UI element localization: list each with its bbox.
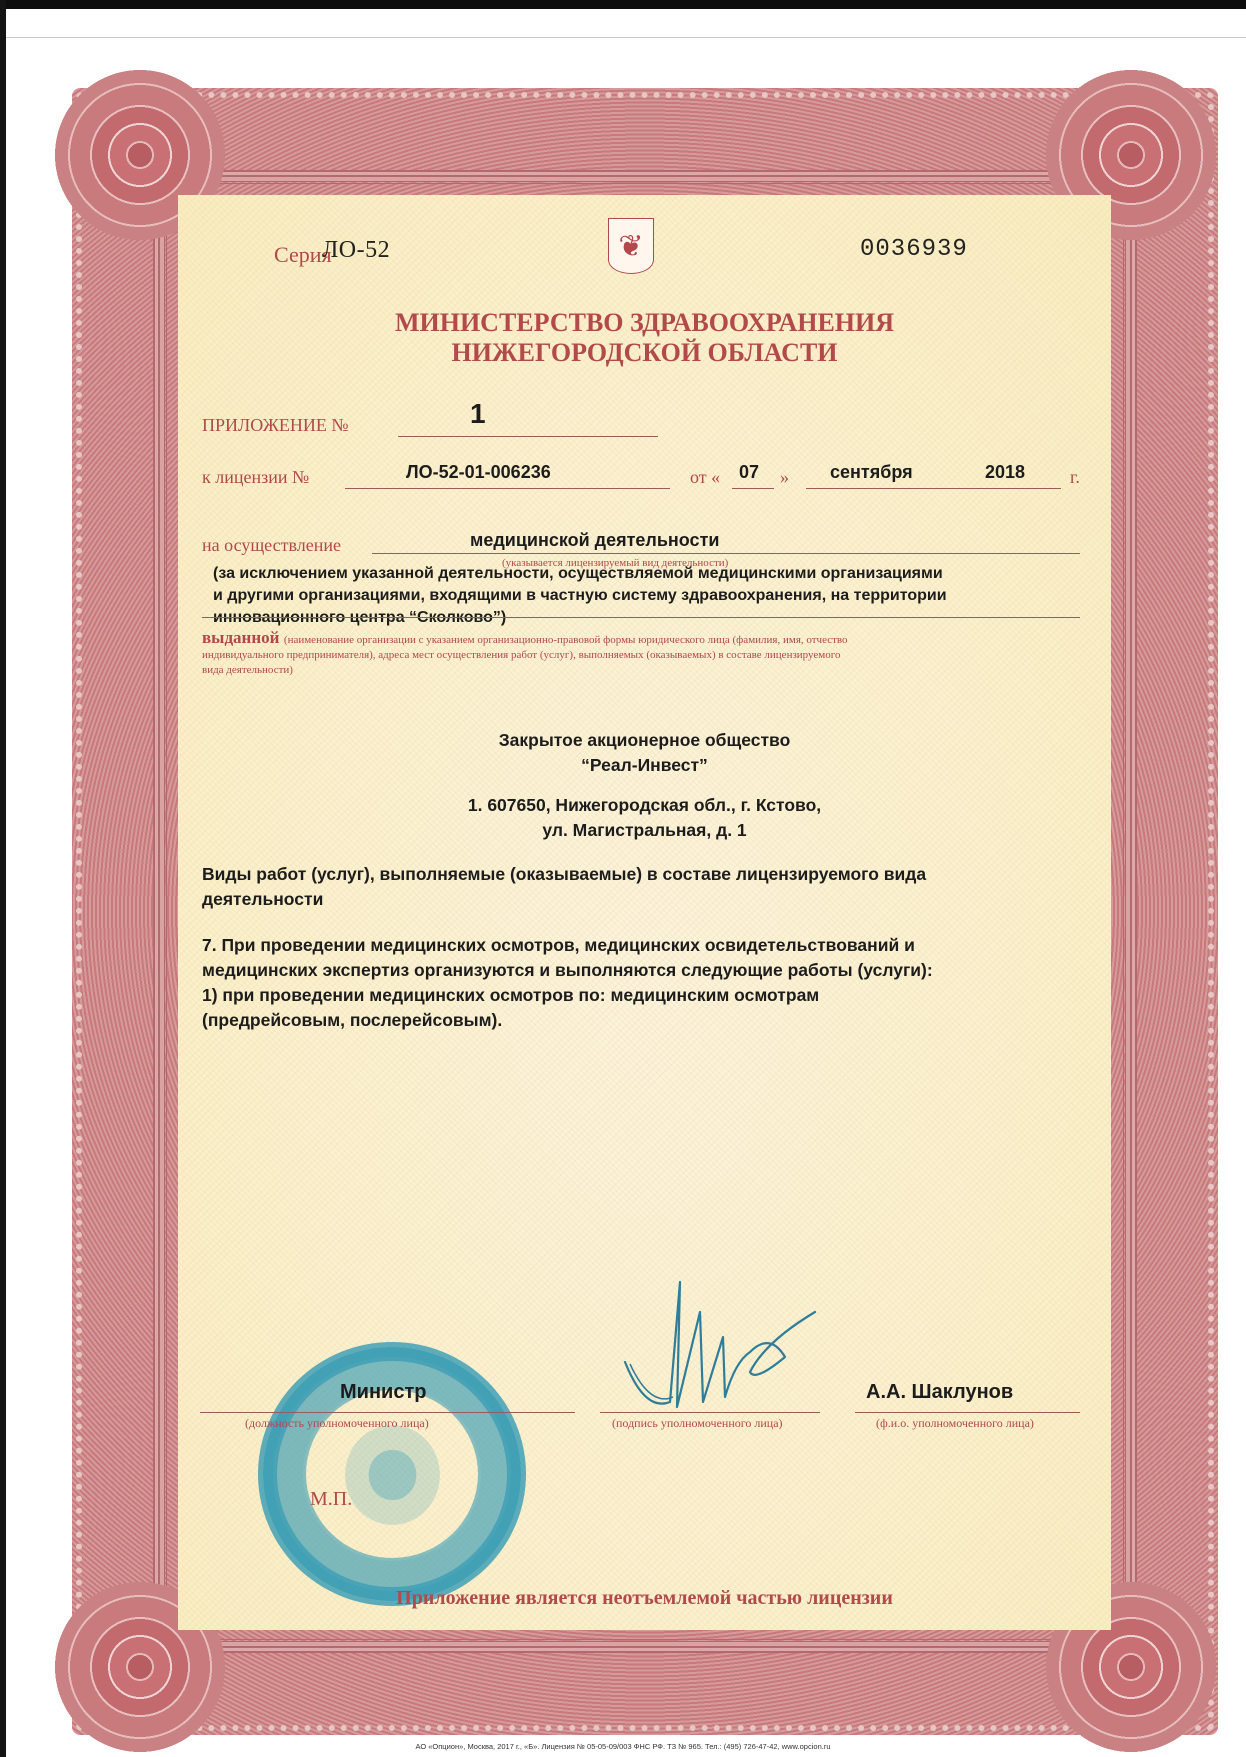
coat-of-arms-icon: ❦ xyxy=(608,218,654,274)
seal-eagle-icon xyxy=(345,1425,440,1525)
name-caption: (ф.и.о. уполномоченного лица) xyxy=(876,1416,1034,1431)
position-caption: (должность уполномоченного лица) xyxy=(245,1416,429,1431)
appendix-number: 1 xyxy=(470,398,486,430)
works-item: 7. При проведении медицинских осмотров, … xyxy=(202,933,1092,1033)
license-number-underline xyxy=(345,488,670,489)
signatory-name: А.А. Шаклунов xyxy=(866,1380,1013,1405)
organization-address: 1. 607650, Нижегородская обл., г. Кстово… xyxy=(178,793,1111,843)
ministry-title: МИНИСТЕРСТВО ЗДРАВООХРАНЕНИЯ НИЖЕГОРОДСК… xyxy=(178,308,1111,368)
signature-icon xyxy=(585,1262,835,1422)
day-underline xyxy=(732,488,774,489)
license-label: к лицензии № xyxy=(202,467,309,488)
organization-name: Закрытое акционерное общество “Реал-Инве… xyxy=(178,728,1111,778)
issued-block: выданной (наименование организации с ука… xyxy=(202,630,1082,678)
signature-caption: (подпись уполномоченного лица) xyxy=(612,1416,783,1431)
license-month: сентября xyxy=(830,462,913,483)
scan-edge-top xyxy=(0,0,1246,9)
issued-caption-1: (наименование организации с указанием ор… xyxy=(284,634,848,646)
month-year-underline xyxy=(806,488,1061,489)
activity-underline xyxy=(372,553,1080,554)
ministry-title-line2: НИЖЕГОРОДСКОЙ ОБЛАСТИ xyxy=(178,338,1111,368)
license-number: ЛО-52-01-006236 xyxy=(406,462,551,483)
scan-artifact-line xyxy=(6,37,1246,38)
signatory-position: Министр xyxy=(340,1380,426,1405)
day-close-quote: » xyxy=(780,467,789,488)
exclusion-underline xyxy=(202,617,1080,618)
appendix-footer-note: Приложение является неотъемлемой частью … xyxy=(178,1587,1111,1610)
serial-number: 0036939 xyxy=(860,236,968,263)
signature-underline xyxy=(600,1412,820,1413)
activity-label: на осуществление xyxy=(202,535,341,556)
seal-placeholder-label: М.П. xyxy=(310,1488,352,1511)
works-heading: Виды работ (услуг), выполняемые (оказыва… xyxy=(202,862,1092,912)
activity-value: медицинской деятельности xyxy=(470,530,719,551)
appendix-label: ПРИЛОЖЕНИЕ № xyxy=(202,415,349,436)
ministry-title-line1: МИНИСТЕРСТВО ЗДРАВООХРАНЕНИЯ xyxy=(178,308,1111,338)
issued-caption-2: индивидуального предпринимателя), адреса… xyxy=(202,648,1082,663)
series-value: ЛО-52 xyxy=(322,237,390,264)
issued-caption-3: вида деятельности) xyxy=(202,663,1082,678)
date-from-label: от « xyxy=(690,467,720,488)
scan-edge-left xyxy=(0,0,6,1757)
position-underline xyxy=(200,1412,575,1413)
activity-exclusion: (за исключением указанной деятельности, … xyxy=(213,563,947,629)
license-year: 2018 xyxy=(985,462,1025,483)
license-day: 07 xyxy=(739,462,759,483)
name-underline xyxy=(855,1412,1080,1413)
appendix-underline xyxy=(398,436,658,437)
issued-label: выданной xyxy=(202,628,279,647)
year-suffix: г. xyxy=(1070,467,1080,488)
printer-imprint: АО «Опцион», Москва, 2017 г., «Б». Лицен… xyxy=(0,1742,1246,1751)
